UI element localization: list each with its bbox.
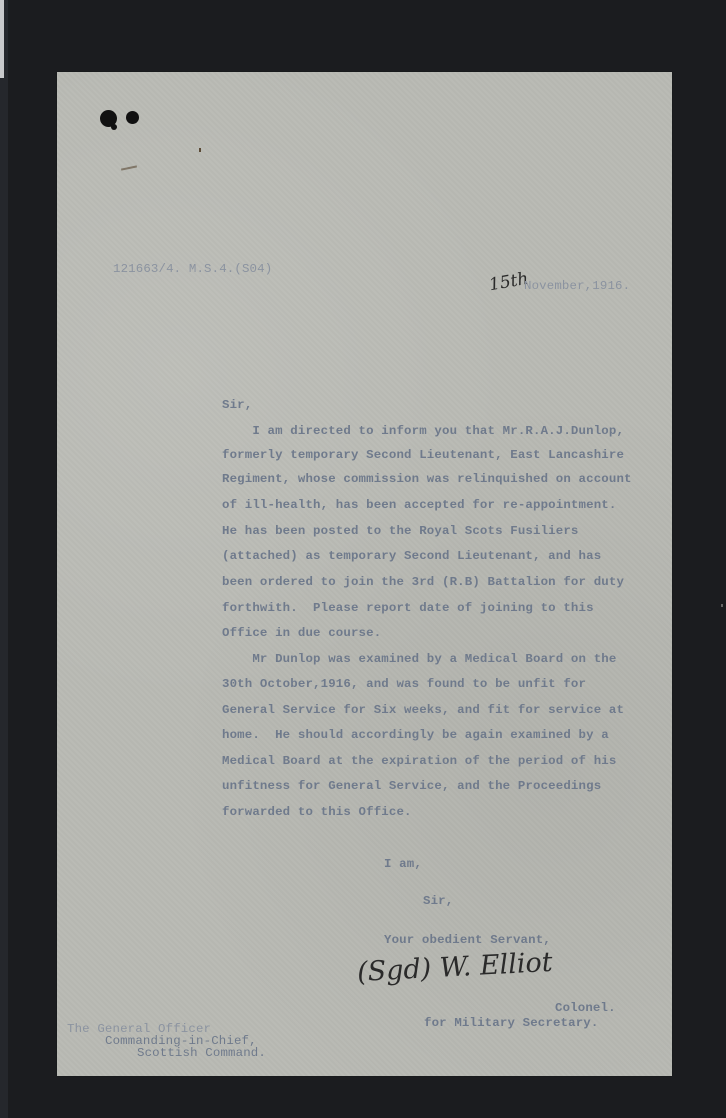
date-typed: November,1916.: [524, 279, 630, 293]
body-line: 30th October,1916, and was found to be u…: [222, 677, 586, 691]
body-line: Medical Board at the expiration of the p…: [222, 754, 616, 768]
body-line: forthwith. Please report date of joining…: [222, 601, 594, 615]
handwritten-signature: (Sgd) W. Elliot: [356, 947, 553, 988]
scanner-edge-light: [0, 0, 4, 78]
reference-number: 121663/4. M.S.4.(S04): [113, 262, 272, 276]
signatory-rank: Colonel.: [555, 1001, 616, 1015]
body-line: unfitness for General Service, and the P…: [222, 779, 601, 793]
punch-hole-tail-icon: [111, 124, 117, 130]
scanner-edge: [0, 0, 8, 1118]
paper-mark: [199, 148, 201, 152]
body-line: formerly temporary Second Lieutenant, Ea…: [222, 448, 624, 462]
punch-hole-icon: [126, 111, 139, 124]
addressee-line: Scottish Command.: [137, 1046, 266, 1060]
body-line: Mr Dunlop was examined by a Medical Boar…: [222, 652, 616, 666]
salutation: Sir,: [222, 398, 252, 412]
body-line: home. He should accordingly be again exa…: [222, 728, 609, 742]
paper-mark: [121, 165, 137, 170]
body-line: Regiment, whose commission was relinquis…: [222, 472, 632, 486]
letter-page: 121663/4. M.S.4.(S04) 15th November,1916…: [57, 72, 672, 1076]
body-line: He has been posted to the Royal Scots Fu…: [222, 524, 579, 538]
body-line: of ill-health, has been accepted for re-…: [222, 498, 616, 512]
closing-line: Sir,: [423, 894, 453, 908]
body-line: General Service for Six weeks, and fit f…: [222, 703, 624, 717]
dust-speck: [721, 604, 723, 607]
body-line: (attached) as temporary Second Lieutenan…: [222, 549, 601, 563]
body-line: I am directed to inform you that Mr.R.A.…: [222, 424, 624, 438]
closing-line: Your obedient Servant,: [384, 933, 551, 947]
body-line: Office in due course.: [222, 626, 381, 640]
body-line: been ordered to join the 3rd (R.B) Batta…: [222, 575, 624, 589]
signatory-title: for Military Secretary.: [424, 1016, 598, 1030]
closing-line: I am,: [384, 857, 422, 871]
body-line: forwarded to this Office.: [222, 805, 412, 819]
